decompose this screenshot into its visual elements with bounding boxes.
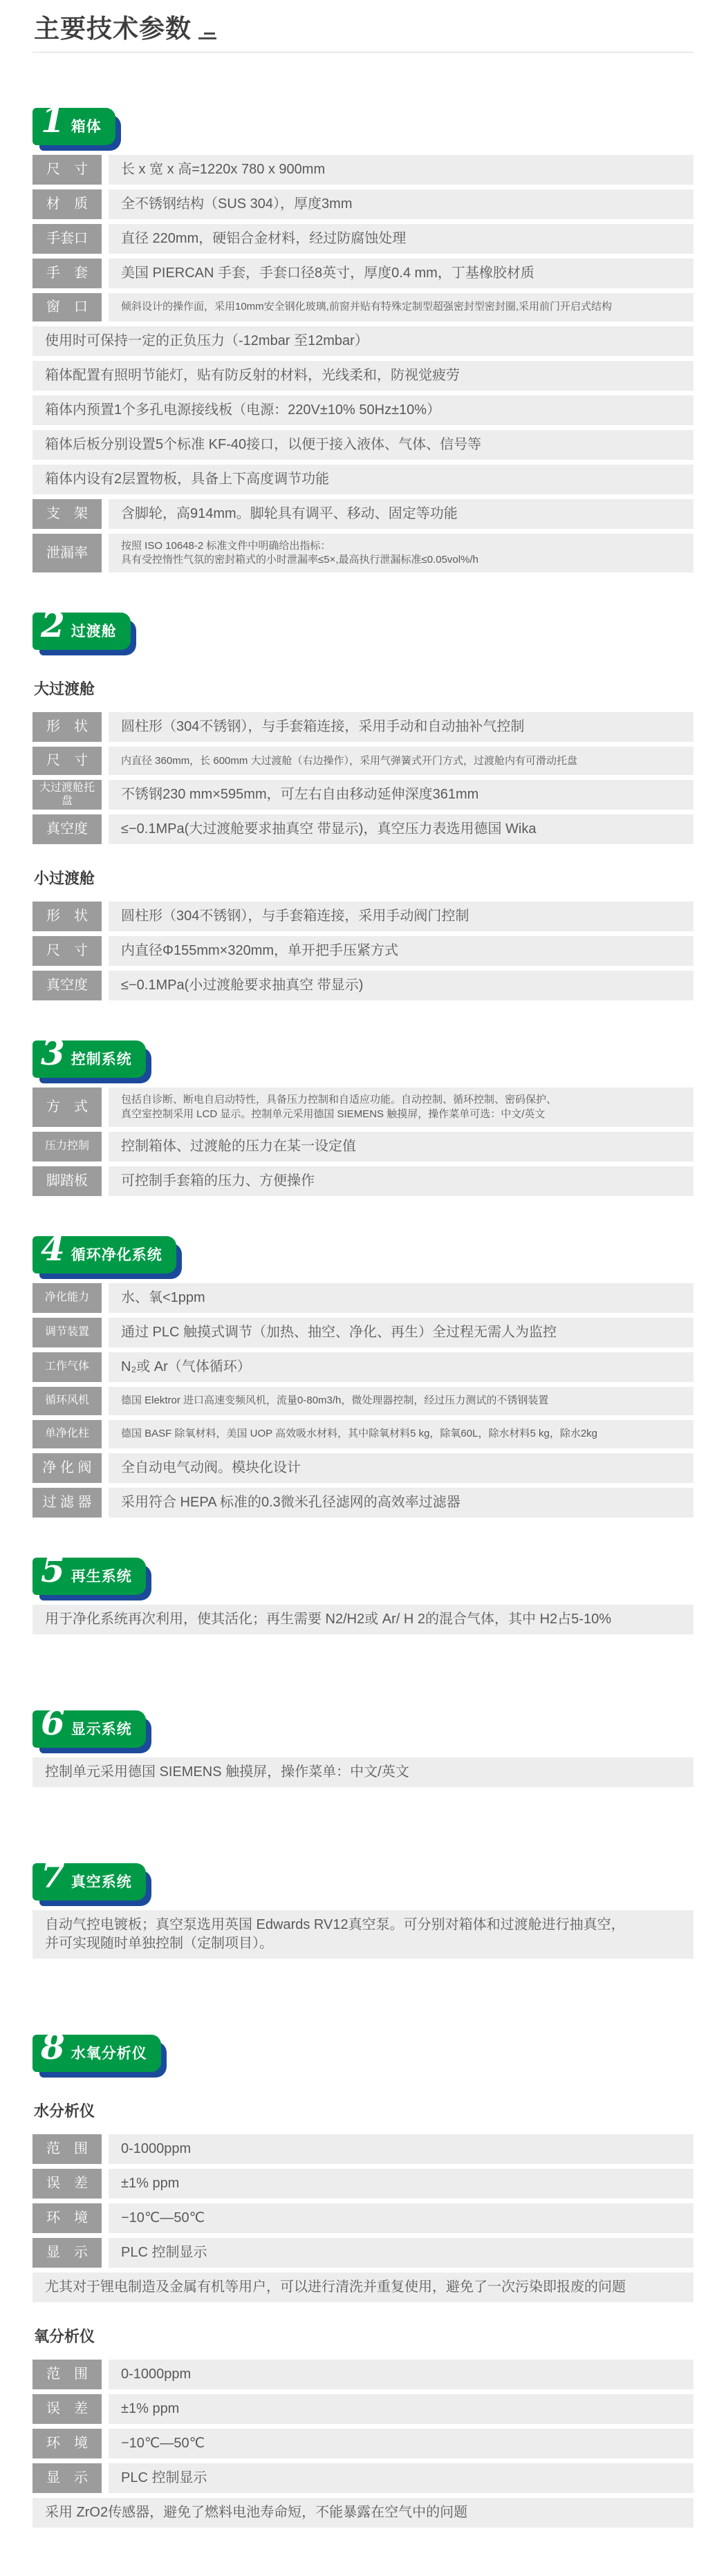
row-value: 尤其对于锂电制造及金属有机等用户，可以进行清洗并重复使用，避免了一次污染即报废的… [32,2272,694,2302]
row-label: 环 境 [32,2203,102,2233]
row-value: 全自动电气动阀。模块化设计 [109,1453,694,1483]
row-value: −10℃—50℃ [109,2429,694,2458]
subsection-heading: 氧分析仪 [34,2325,694,2346]
section-badge: 8水氧分析仪 [32,2035,161,2072]
row-value: ±1% ppm [109,2169,694,2199]
spec-row-full: 使用时可保持一定的正负压力（-12mbar 至12mbar） [32,326,694,356]
row-value: 不锈钢230 mm×595mm，可左右自由移动延伸深度361mm [109,780,694,810]
spec-row: 形 状圆柱形（304不锈钢），与手套箱连接，采用手动阀门控制 [32,902,694,931]
row-value: 倾斜设计的操作面，采用10mm安全钢化玻璃,前窗并贴有特殊定制型超强密封型密封圈… [109,293,694,321]
row-label: 显 示 [32,2238,102,2268]
row-label: 窗 口 [32,293,102,321]
spec-row: 净 化 阀全自动电气动阀。模块化设计 [32,1453,694,1483]
spec-row-full: 箱体后板分别设置5个标准 KF-40接口，以便于接入液体、气体、信号等 [32,430,694,460]
row-value: 内直径 360mm，长 600mm 大过渡舱（右边操作），采用气弹簧式开门方式，… [109,747,694,775]
row-value: 德国 BASF 除氧材料，美国 UOP 高效吸水材料，其中除氧材料5 kg，除氧… [109,1420,694,1448]
section-number: 3 [41,1038,65,1068]
row-label: 环 境 [32,2429,102,2458]
section-number: 8 [41,2033,65,2062]
title-decoration-icon [198,32,216,39]
row-label: 误 差 [32,2169,102,2199]
row-value: 箱体内预置1个多孔电源接线板（电源：220V±10% 50Hz±10%） [32,395,694,425]
section-number: 4 [41,1234,65,1264]
spec-row-full: 用于净化系统再次利用，使其活化；再生需要 N2/H2或 Ar/ H 2的混合气体… [32,1605,694,1634]
row-value: 水、氧<1ppm [109,1283,694,1313]
section-number: 5 [41,1556,65,1585]
row-value: 箱体配置有照明节能灯，贴有防反射的材料，光线柔和，防视觉疲劳 [32,361,694,391]
section-number: 7 [41,1861,65,1891]
section-number: 6 [41,1708,65,1738]
spec-row: 尺 寸长 x 宽 x 高=1220x 780 x 900mm [32,155,694,185]
row-value: 长 x 宽 x 高=1220x 780 x 900mm [109,155,694,185]
spec-row: 材 质全不锈钢结构（SUS 304），厚度3mm [32,189,694,219]
badge-face: 5再生系统 [32,1558,146,1595]
spec-row-full: 尤其对于锂电制造及金属有机等用户，可以进行清洗并重复使用，避免了一次污染即报废的… [32,2272,694,2302]
section-badge: 2过渡舱 [32,613,131,650]
row-value: 全不锈钢结构（SUS 304），厚度3mm [109,189,694,219]
row-value: 箱体后板分别设置5个标准 KF-40接口，以便于接入液体、气体、信号等 [32,430,694,460]
spec-row: 手套口直径 220mm，硬铝合金材料，经过防腐蚀处理 [32,224,694,254]
row-value: 可控制手套箱的压力、方便操作 [109,1166,694,1196]
badge-face: 7真空系统 [32,1863,146,1901]
section-number: 1 [41,106,65,136]
spec-row: 形 状圆柱形（304不锈钢），与手套箱连接，采用手动和自动抽补气控制 [32,712,694,742]
row-value: 圆柱形（304不锈钢），与手套箱连接，采用手动和自动抽补气控制 [109,712,694,742]
spec-row: 脚踏板可控制手套箱的压力、方便操作 [32,1166,694,1196]
row-label: 单净化柱 [32,1420,102,1448]
section-1: 1箱体尺 寸长 x 宽 x 高=1220x 780 x 900mm材 质全不锈钢… [32,108,694,573]
row-label: 形 状 [32,902,102,931]
section-3: 3控制系统方 式包括自诊断、断电自启动特性，具备压力控制和自适应功能。自动控制、… [32,1040,694,1196]
row-label: 脚踏板 [32,1166,102,1196]
section-title: 控制系统 [71,1047,132,1069]
row-value: 包括自诊断、断电自启动特性，具备压力控制和自适应功能。自动控制、循环控制、密码保… [109,1088,694,1127]
row-value: ≤−0.1MPa(大过渡舱要求抽真空 带显示)，真空压力表选用德国 Wika [109,814,694,844]
row-label: 显 示 [32,2463,102,2493]
section-title: 过渡舱 [71,619,117,641]
spec-row: 真空度≤−0.1MPa(大过渡舱要求抽真空 带显示)，真空压力表选用德国 Wik… [32,814,694,844]
row-label: 调节装置 [32,1318,102,1347]
spec-row-full: 箱体内设有2层置物板，具备上下高度调节功能 [32,465,694,494]
subsection-heading: 水分析仪 [34,2100,694,2121]
row-value: 自动气控电镀板；真空泵选用英国 Edwards RV12真空泵。可分别对箱体和过… [32,1910,694,1959]
badge-face: 3控制系统 [32,1040,146,1078]
spec-row-full: 控制单元采用德国 SIEMENS 触摸屏，操作菜单：中文/英文 [32,1757,694,1787]
row-value: 使用时可保持一定的正负压力（-12mbar 至12mbar） [32,326,694,356]
spec-row: 泄漏率按照 ISO 10648-2 标准文件中明确给出指标： 具有受控惰性气氛的… [32,534,694,573]
section-title: 箱体 [71,114,102,136]
section-rows: 用于净化系统再次利用，使其活化；再生需要 N2/H2或 Ar/ H 2的混合气体… [32,1605,694,1634]
section-badge: 5再生系统 [32,1558,146,1595]
row-label: 泄漏率 [32,534,102,573]
row-label: 范 围 [32,2360,102,2389]
row-value: PLC 控制显示 [109,2463,694,2493]
section-title: 真空系统 [71,1869,132,1892]
section-6: 6显示系统控制单元采用德国 SIEMENS 触摸屏，操作菜单：中文/英文 [32,1710,694,1787]
badge-face: 8水氧分析仪 [32,2035,161,2072]
spec-row: 大过渡舱托盘不锈钢230 mm×595mm，可左右自由移动延伸深度361mm [32,780,694,810]
spec-row: 压力控制控制箱体、过渡舱的压力在某一设定值 [32,1132,694,1161]
section-rows: 自动气控电镀板；真空泵选用英国 Edwards RV12真空泵。可分别对箱体和过… [32,1910,694,1959]
row-value: 控制单元采用德国 SIEMENS 触摸屏，操作菜单：中文/英文 [32,1757,694,1787]
row-value: 直径 220mm，硬铝合金材料，经过防腐蚀处理 [109,224,694,254]
row-label: 材 质 [32,189,102,219]
spec-row: 循环风机德国 Elektror 进口高速变频风机，流量0-80m3/h，微处理器… [32,1387,694,1415]
spec-row: 调节装置通过 PLC 触摸式调节（加热、抽空、净化、再生）全过程无需人为监控 [32,1318,694,1347]
row-label: 尺 寸 [32,747,102,775]
spec-row: 环 境−10℃—50℃ [32,2429,694,2458]
row-label: 尺 寸 [32,155,102,185]
row-value: ±1% ppm [109,2394,694,2424]
spec-row-full: 采用 ZrO2传感器，避免了燃料电池寿命短，不能暴露在空气中的问题 [32,2498,694,2528]
page-title: 主要技术参数 [34,15,192,42]
spec-row: 误 差±1% ppm [32,2394,694,2424]
section-title: 显示系统 [71,1717,132,1739]
row-label: 净化能力 [32,1283,102,1313]
spec-row: 工作气体N₂或 Ar（气体循环） [32,1352,694,1382]
section-5: 5再生系统用于净化系统再次利用，使其活化；再生需要 N2/H2或 Ar/ H 2… [32,1558,694,1634]
spec-row: 净化能力水、氧<1ppm [32,1283,694,1313]
section-7: 7真空系统自动气控电镀板；真空泵选用英国 Edwards RV12真空泵。可分别… [32,1863,694,1959]
section-title: 循环净化系统 [71,1242,162,1264]
spec-row: 尺 寸内直径 360mm，长 600mm 大过渡舱（右边操作），采用气弹簧式开门… [32,747,694,775]
row-label: 范 围 [32,2134,102,2164]
row-value: 0-1000ppm [109,2360,694,2389]
badge-face: 2过渡舱 [32,613,131,650]
spec-row: 过 滤 器采用符合 HEPA 标准的0.3微米孔径滤网的高效率过滤器 [32,1488,694,1518]
row-value: 箱体内设有2层置物板，具备上下高度调节功能 [32,465,694,494]
spec-row-full: 自动气控电镀板；真空泵选用英国 Edwards RV12真空泵。可分别对箱体和过… [32,1910,694,1959]
spec-row: 显 示PLC 控制显示 [32,2463,694,2493]
row-value: 德国 Elektror 进口高速变频风机，流量0-80m3/h，微处理器控制，经… [109,1387,694,1415]
spec-row: 尺 寸内直径Φ155mm×320mm，单开把手压紧方式 [32,936,694,966]
section-rows: 水分析仪范 围0-1000ppm误 差±1% ppm环 境−10℃—50℃显 示… [32,2082,694,2528]
spec-row: 真空度≤−0.1MPa(小过渡舱要求抽真空 带显示) [32,971,694,1000]
row-value: 用于净化系统再次利用，使其活化；再生需要 N2/H2或 Ar/ H 2的混合气体… [32,1605,694,1634]
row-value: 内直径Φ155mm×320mm，单开把手压紧方式 [109,936,694,966]
spec-row: 手 套美国 PIERCAN 手套，手套口径8英寸，厚度0.4 mm，丁基橡胶材质 [32,259,694,288]
badge-face: 4循环净化系统 [32,1236,176,1273]
row-label: 循环风机 [32,1387,102,1415]
spec-row: 范 围0-1000ppm [32,2134,694,2164]
section-title: 水氧分析仪 [71,2041,147,2063]
section-title: 再生系统 [71,1564,132,1586]
row-value: PLC 控制显示 [109,2238,694,2268]
spec-row: 单净化柱德国 BASF 除氧材料，美国 UOP 高效吸水材料，其中除氧材料5 k… [32,1420,694,1448]
page-header: 主要技术参数 [32,11,694,53]
spec-row: 窗 口倾斜设计的操作面，采用10mm安全钢化玻璃,前窗并贴有特殊定制型超强密封型… [32,293,694,321]
row-value: ≤−0.1MPa(小过渡舱要求抽真空 带显示) [109,971,694,1000]
row-value: 含脚轮，高914mm。脚轮具有调平、移动、固定等功能 [109,499,694,529]
sections: 1箱体尺 寸长 x 宽 x 高=1220x 780 x 900mm材 质全不锈钢… [32,108,694,2528]
row-value: 控制箱体、过渡舱的压力在某一设定值 [109,1132,694,1161]
row-label: 真空度 [32,971,102,1000]
section-rows: 控制单元采用德国 SIEMENS 触摸屏，操作菜单：中文/英文 [32,1757,694,1787]
badge-face: 1箱体 [32,108,115,145]
row-value: 采用符合 HEPA 标准的0.3微米孔径滤网的高效率过滤器 [109,1488,694,1518]
spec-row: 范 围0-1000ppm [32,2360,694,2389]
spec-row: 方 式包括自诊断、断电自启动特性，具备压力控制和自适应功能。自动控制、循环控制、… [32,1088,694,1127]
section-badge: 1箱体 [32,108,115,145]
row-value: −10℃—50℃ [109,2203,694,2233]
row-label: 真空度 [32,814,102,844]
spec-row: 环 境−10℃—50℃ [32,2203,694,2233]
spec-row: 显 示PLC 控制显示 [32,2238,694,2268]
section-rows: 尺 寸长 x 宽 x 高=1220x 780 x 900mm材 质全不锈钢结构（… [32,155,694,573]
row-value: 按照 ISO 10648-2 标准文件中明确给出指标： 具有受控惰性气氛的密封箱… [109,534,694,573]
row-label: 大过渡舱托盘 [32,780,102,810]
section-badge: 3控制系统 [32,1040,146,1078]
row-label: 尺 寸 [32,936,102,966]
section-8: 8水氧分析仪水分析仪范 围0-1000ppm误 差±1% ppm环 境−10℃—… [32,2035,694,2528]
section-number: 2 [41,610,65,640]
subsection-heading: 大过渡舱 [34,678,694,699]
row-label: 压力控制 [32,1132,102,1161]
section-rows: 净化能力水、氧<1ppm调节装置通过 PLC 触摸式调节（加热、抽空、净化、再生… [32,1283,694,1518]
section-rows: 大过渡舱形 状圆柱形（304不锈钢），与手套箱连接，采用手动和自动抽补气控制尺 … [32,660,694,1000]
row-label: 支 架 [32,499,102,529]
row-label: 工作气体 [32,1352,102,1382]
spec-row-full: 箱体配置有照明节能灯，贴有防反射的材料，光线柔和，防视觉疲劳 [32,361,694,391]
spec-row-full: 箱体内预置1个多孔电源接线板（电源：220V±10% 50Hz±10%） [32,395,694,425]
badge-face: 6显示系统 [32,1710,146,1748]
row-value: 采用 ZrO2传感器，避免了燃料电池寿命短，不能暴露在空气中的问题 [32,2498,694,2528]
row-value: 圆柱形（304不锈钢），与手套箱连接，采用手动阀门控制 [109,902,694,931]
section-badge: 7真空系统 [32,1863,146,1901]
section-badge: 6显示系统 [32,1710,146,1748]
row-value: 通过 PLC 触摸式调节（加热、抽空、净化、再生）全过程无需人为监控 [109,1318,694,1347]
row-label: 手 套 [32,259,102,288]
row-label: 形 状 [32,712,102,742]
row-label: 误 差 [32,2394,102,2424]
subsection-heading: 小过渡舱 [34,867,694,888]
section-4: 4循环净化系统净化能力水、氧<1ppm调节装置通过 PLC 触摸式调节（加热、抽… [32,1236,694,1518]
row-label: 方 式 [32,1088,102,1127]
row-value: N₂或 Ar（气体循环） [109,1352,694,1382]
spec-page: 主要技术参数 1箱体尺 寸长 x 宽 x 高=1220x 780 x 900mm… [0,0,726,2576]
spec-row: 支 架含脚轮，高914mm。脚轮具有调平、移动、固定等功能 [32,499,694,529]
row-label: 手套口 [32,224,102,254]
row-value: 0-1000ppm [109,2134,694,2164]
row-label: 过 滤 器 [32,1488,102,1518]
section-rows: 方 式包括自诊断、断电自启动特性，具备压力控制和自适应功能。自动控制、循环控制、… [32,1088,694,1196]
row-label: 净 化 阀 [32,1453,102,1483]
section-2: 2过渡舱大过渡舱形 状圆柱形（304不锈钢），与手套箱连接，采用手动和自动抽补气… [32,613,694,1000]
row-value: 美国 PIERCAN 手套，手套口径8英寸，厚度0.4 mm，丁基橡胶材质 [109,259,694,288]
spec-row: 误 差±1% ppm [32,2169,694,2199]
section-badge: 4循环净化系统 [32,1236,176,1273]
